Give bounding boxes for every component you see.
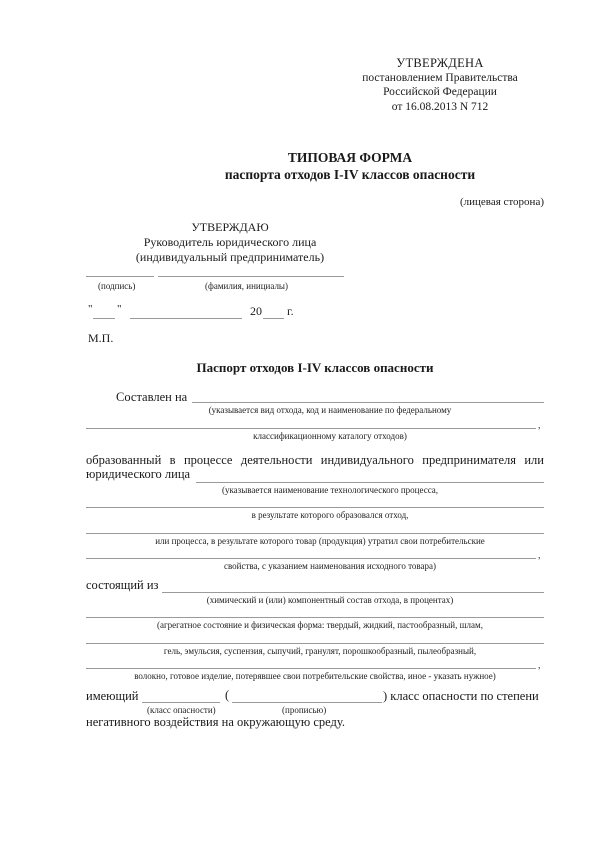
composition-field-1[interactable] [162,592,544,593]
approve-title: УТВЕРЖДАЮ [100,220,360,235]
approval-header: УТВЕРЖДЕНА постановлением Правительства … [330,56,550,114]
signature-caption: (подпись) [98,281,135,291]
consisting-label: состоящий из [86,578,158,593]
month-field[interactable] [130,318,242,319]
process-field-2[interactable] [86,507,544,508]
form-title-line-1: ТИПОВАЯ ФОРМА [150,149,550,166]
approve-line-2: (индивидуальный предприниматель) [100,250,360,265]
approved-line-3: от 16.08.2013 N 712 [330,100,550,115]
side-label: (лицевая сторона) [440,196,544,208]
year-field[interactable] [263,318,284,319]
composition-field-3[interactable] [86,643,544,644]
process-hint-4: свойства, с указанием наименования исход… [130,561,530,571]
compiled-hint-1: (указывается вид отхода, код и наименова… [130,405,530,415]
approved-line-2: Российской Федерации [330,85,550,100]
consisting-hint-3: гель, эмульсия, суспензия, сыпучий, гран… [100,646,540,656]
process-field-4[interactable] [86,558,536,559]
formed-text-line-2: юридического лица [86,467,190,482]
date-quote-open: " [88,303,93,315]
comma-1: , [538,420,541,431]
process-field-1[interactable] [196,482,544,483]
compiled-for-label: Составлен на [116,390,187,405]
process-field-3[interactable] [86,533,544,534]
final-line: негативного воздействия на окружающую ср… [86,715,345,730]
composition-field-2[interactable] [86,617,544,618]
comma-2: , [538,550,541,561]
signature-field[interactable] [86,276,154,277]
process-hint-2: в результате которого образовался отход, [130,510,530,520]
approve-line-1: Руководитель юридического лица [100,235,360,250]
composition-field-4[interactable] [86,668,536,669]
words-caption: (прописью) [282,705,326,715]
compiled-hint-2: классификационному каталогу отходов) [130,431,530,441]
consisting-hint-4: волокно, готовое изделие, потерявшее сво… [86,671,544,681]
process-hint-1: (указывается наименование технологическо… [130,485,530,495]
paren-open: ( [225,688,229,703]
passport-heading: Паспорт отходов I-IV классов опасности [80,360,550,376]
day-field[interactable] [93,318,115,319]
form-title-line-2: паспорта отходов I-IV классов опасности [150,166,550,183]
stamp-label: М.П. [88,331,113,346]
approved-title: УТВЕРЖДЕНА [330,56,550,71]
name-field[interactable] [158,276,344,277]
approve-block: УТВЕРЖДАЮ Руководитель юридического лица… [100,220,360,265]
process-hint-3: или процесса, в результате которого това… [100,536,540,546]
waste-type-field[interactable] [192,402,544,403]
name-caption: (фамилия, инициалы) [205,281,288,291]
class-caption: (класс опасности) [147,705,216,715]
having-label: имеющий [86,689,139,704]
consisting-hint-1: (химический и (или) компонентный состав … [130,595,530,605]
year-suffix: г. [287,304,294,319]
comma-3: , [538,660,541,671]
form-title: ТИПОВАЯ ФОРМА паспорта отходов I-IV клас… [150,149,550,183]
hazard-class-words-field[interactable] [232,702,382,703]
year-prefix: 20 [250,304,262,319]
date-quote-close: " [117,303,122,315]
consisting-hint-2: (агрегатное состояние и физическая форма… [100,620,540,630]
approved-line-1: постановлением Правительства [330,71,550,86]
formed-text-line-1: образованный в процессе деятельности инд… [86,453,544,468]
waste-type-field-2[interactable] [86,428,536,429]
having-tail: ) класс опасности по степени [383,689,539,704]
hazard-class-field[interactable] [142,702,220,703]
